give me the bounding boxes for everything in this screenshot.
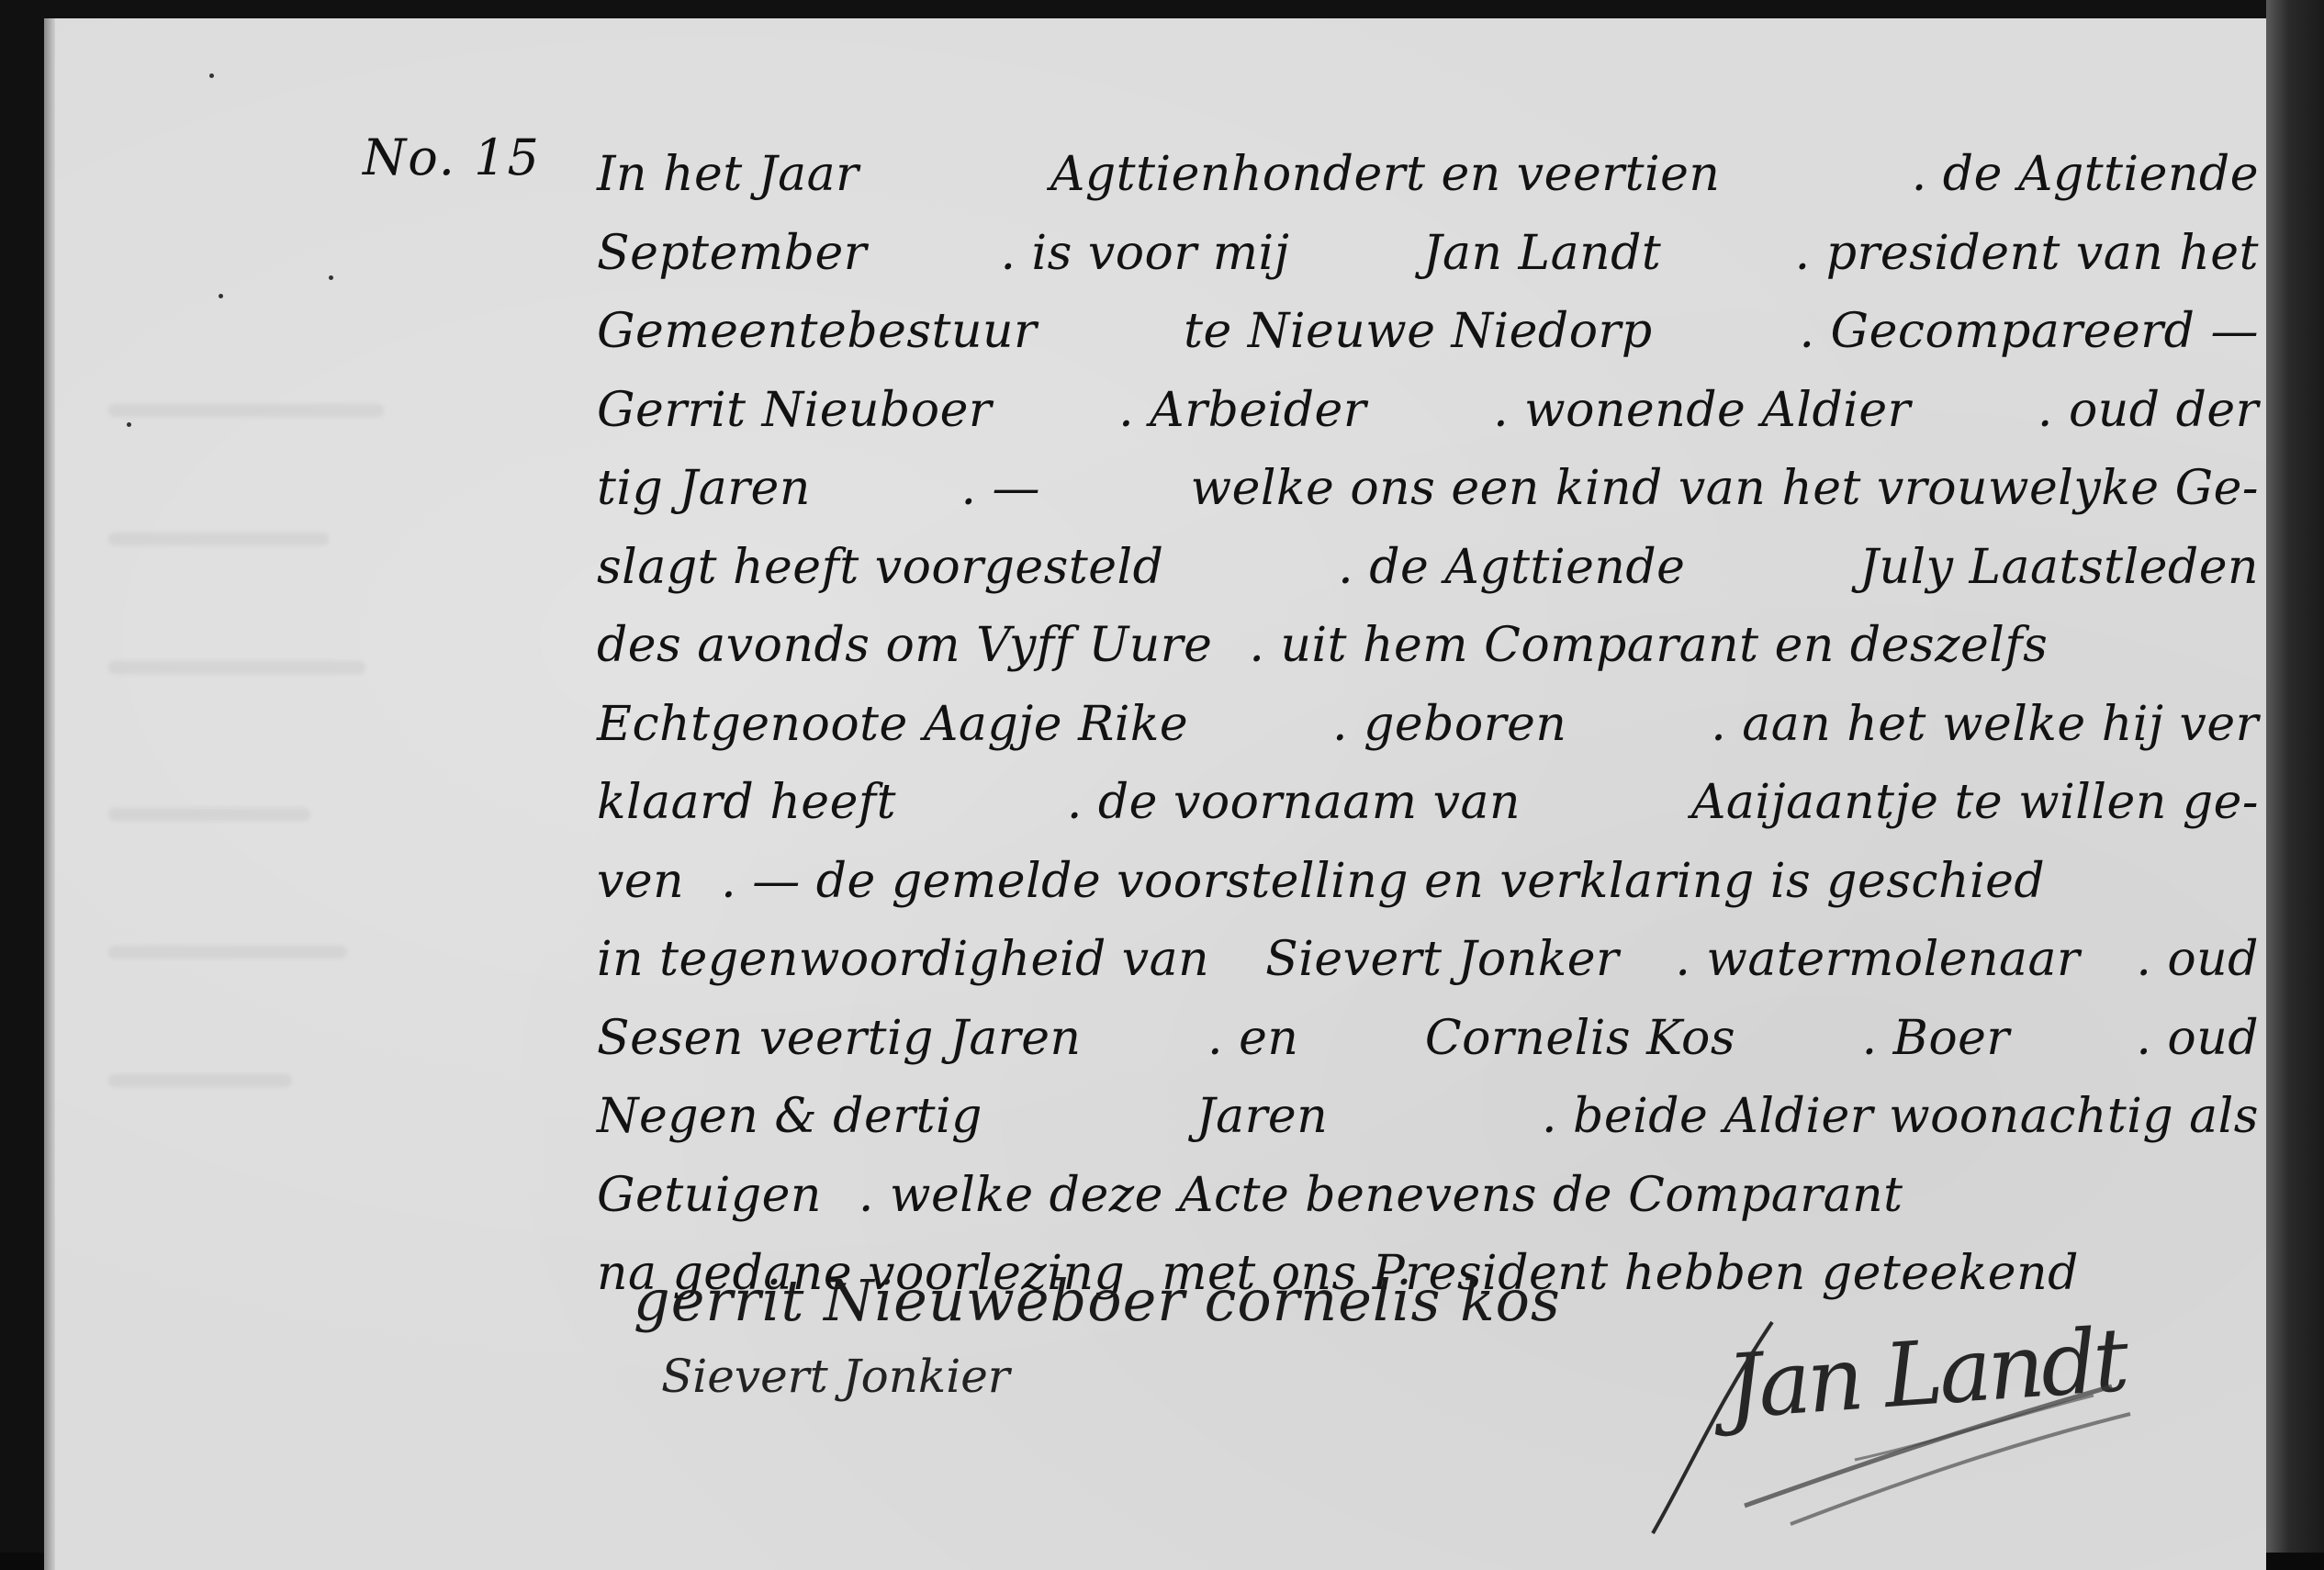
record-line-segment: Gerrit Nieuboer: [597, 383, 992, 438]
record-line-segment: July Laatstleden: [1859, 540, 2259, 595]
record-line: Negen & dertigJaren. beide Aldier woonac…: [597, 1089, 2259, 1144]
record-line: Getuigen. welke deze Acte benevens de Co…: [597, 1168, 2259, 1223]
record-line-segment: Aaijaantje te willen ge-: [1691, 775, 2259, 830]
record-line: tig Jaren. —welke ons een kind van het v…: [597, 461, 2259, 516]
record-line-segment: . oud der: [2038, 383, 2259, 438]
ink-speck: [219, 294, 223, 298]
record-line-segment: . —: [960, 461, 1040, 516]
record-line-segment: . uit hem Comparant en deszelfs: [1249, 618, 2048, 673]
record-line-segment: . Arbeider: [1118, 383, 1366, 438]
record-line-segment: . de Agttiende: [1912, 147, 2259, 202]
record-line-segment: . beide Aldier woonachtig als: [1542, 1089, 2259, 1144]
record-line: in tegenwoordigheid vanSievert Jonker. w…: [597, 932, 2259, 987]
record-line-segment: Getuigen: [597, 1168, 822, 1223]
record-line-segment: In het Jaar: [597, 147, 859, 202]
bleed-through-mark: [108, 946, 347, 959]
record-line: September. is voor mijJan Landt. preside…: [597, 226, 2259, 281]
bleed-through-mark: [108, 1074, 292, 1087]
record-line-segment: Agttienhondert en veertien: [1050, 147, 1721, 202]
record-line-segment: Negen & dertig: [597, 1089, 982, 1144]
record-line-segment: . wonende Aldier: [1493, 383, 1911, 438]
record-line-segment: . aan het welke hij ver: [1711, 697, 2259, 752]
record-line-segment: . is voor mij: [1000, 226, 1289, 281]
signature-flourish-icon: [1634, 1304, 2149, 1542]
record-line-segment: Sesen veertig Jaren: [597, 1011, 1081, 1066]
record-line-segment: September: [597, 226, 867, 281]
record-line-segment: . oud: [2136, 1011, 2259, 1066]
book-binding-edge: [2266, 0, 2324, 1553]
record-line-segment: . — de gemelde voorstelling en verklarin…: [721, 854, 2045, 909]
record-line-segment: . watermolenaar: [1675, 932, 2080, 987]
record-line-segment: . oud: [2136, 932, 2259, 987]
record-line: Sesen veertig Jaren. enCornelis Kos. Boe…: [597, 1011, 2259, 1066]
record-line-segment: Jaren: [1196, 1089, 1328, 1144]
record-line-segment: tig Jaren: [597, 461, 811, 516]
record-line-segment: . en: [1207, 1011, 1298, 1066]
record-line-segment: Jan Landt: [1423, 226, 1662, 281]
signature-witnesses-line-1: gerrit Nieuweboer cornelis kos: [634, 1267, 1561, 1334]
record-line-segment: . president van het: [1795, 226, 2259, 281]
record-line: Echtgenoote Aagje Rike. geboren. aan het…: [597, 697, 2259, 752]
record-line-segment: in tegenwoordigheid van: [597, 932, 1209, 987]
ink-speck: [127, 422, 131, 427]
record-line-segment: slagt heeft voorgesteld: [597, 540, 1163, 595]
page-left-edge: [44, 18, 55, 1553]
record-line-segment: klaard heeft: [597, 775, 896, 830]
record-line-segment: . Gecompareerd —: [1800, 304, 2259, 359]
record-line-segment: Cornelis Kos: [1425, 1011, 1735, 1066]
record-line: klaard heeft. de voornaam vanAaijaantje …: [597, 775, 2259, 830]
record-line-segment: Echtgenoote Aagje Rike: [597, 697, 1188, 752]
record-line-segment: Sievert Jonker: [1265, 932, 1619, 987]
record-line: In het JaarAgttienhondert en veertien. d…: [597, 147, 2259, 202]
record-line-segment: . geboren: [1332, 697, 1566, 752]
record-line-segment: te Nieuwe Niedorp: [1184, 304, 1653, 359]
record-line: des avonds om Vyff Uure. uit hem Compara…: [597, 618, 2259, 673]
entry-number: No. 15: [363, 129, 541, 186]
signature-witness-2: Sievert Jonkier: [661, 1350, 1010, 1403]
record-line: slagt heeft voorgesteld. de AgttiendeJul…: [597, 540, 2259, 595]
ink-speck: [209, 73, 214, 78]
record-line: ven. — de gemelde voorstelling en verkla…: [597, 854, 2259, 909]
bleed-through-mark: [108, 533, 329, 545]
record-line-segment: des avonds om Vyff Uure: [597, 618, 1212, 673]
record-line: Gemeentebestuurte Nieuwe Niedorp. Gecomp…: [597, 304, 2259, 359]
record-line-segment: . Boer: [1862, 1011, 2010, 1066]
bleed-through-mark: [108, 404, 384, 417]
record-line: Gerrit Nieuboer. Arbeider. wonende Aldie…: [597, 383, 2259, 438]
record-line-segment: Gemeentebestuur: [597, 304, 1037, 359]
record-line-segment: . de Agttiende: [1338, 540, 1685, 595]
record-line-segment: . de voornaam van: [1067, 775, 1521, 830]
record-line-segment: welke ons een kind van het vrouwelyke Ge…: [1191, 461, 2259, 516]
ink-speck: [329, 275, 333, 280]
bleed-through-mark: [108, 661, 365, 674]
record-line-segment: . welke deze Acte benevens de Comparant: [859, 1168, 1903, 1223]
record-line-segment: ven: [597, 854, 684, 909]
bleed-through-mark: [108, 808, 310, 821]
